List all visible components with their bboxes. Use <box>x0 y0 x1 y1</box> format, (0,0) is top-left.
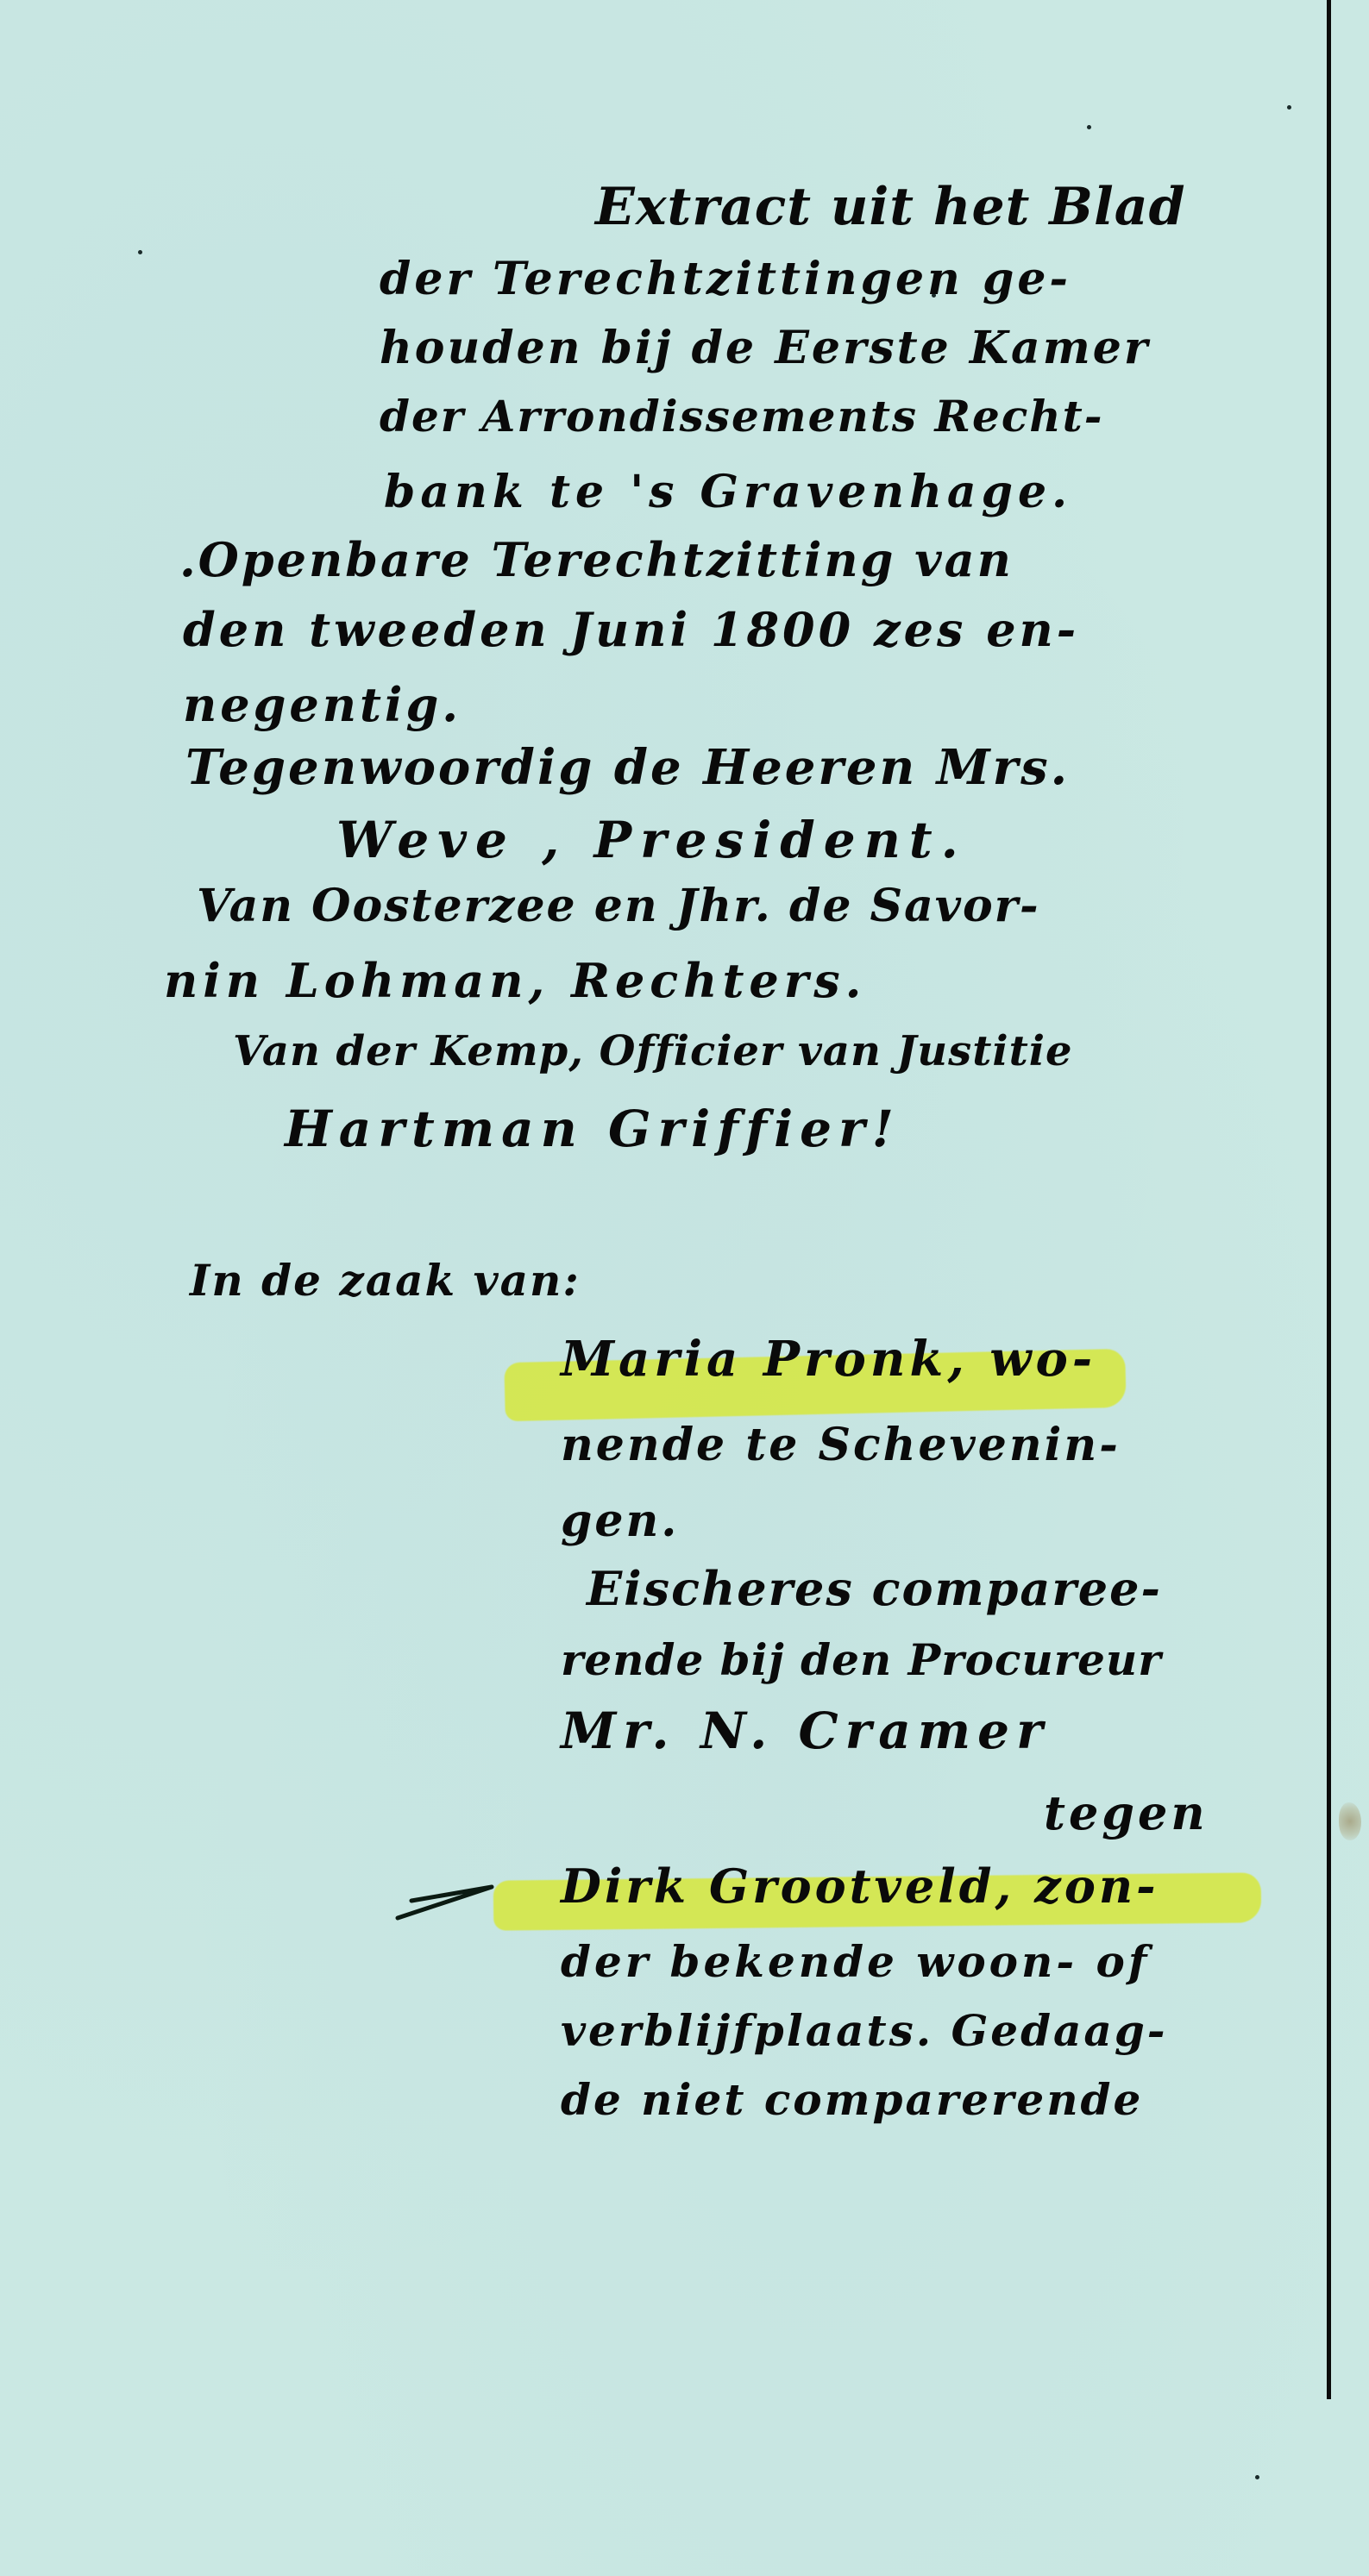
plaintiff-line-6: Mr. N. Cramer <box>561 1706 1050 1756</box>
present-line-4: nin Lohman, Rechters. <box>164 957 866 1004</box>
ink-speck <box>1087 125 1091 129</box>
session-line-1: .Openbare Terechtzitting van <box>179 536 1014 583</box>
ink-speck <box>138 250 142 254</box>
heading-line-3: houden bij de Eerste Kamer <box>380 326 1150 371</box>
plaintiff-line-5: rende bij den Procureur <box>561 1639 1162 1682</box>
heading-line-5: bank te 's Gravenhage. <box>384 470 1072 515</box>
session-line-3: negentig. <box>183 681 462 728</box>
plaintiff-line-1: Maria Pronk, wo- <box>561 1335 1096 1383</box>
paper-stain <box>1339 1802 1361 1840</box>
defendant-line-3: verblijfplaats. Gedaag- <box>561 2009 1168 2053</box>
margin-arrow-icon <box>392 1880 496 1923</box>
present-line-3: Van Oosterzee en Jhr. de Savor- <box>197 884 1040 929</box>
present-line-2: Weve , President. <box>336 815 967 865</box>
versus-label: tegen <box>1044 1789 1209 1836</box>
right-margin-rule <box>1327 0 1331 2399</box>
present-line-1: Tegenwoordig de Heeren Mrs. <box>185 743 1070 792</box>
document-page: Extract uit het Blad der Terechtzittinge… <box>0 0 1369 2576</box>
defendant-line-1: Dirk Grootveld, zon- <box>561 1863 1159 1909</box>
defendant-line-4: de niet comparerende <box>561 2078 1143 2122</box>
plaintiff-line-4: Eischeres comparee- <box>587 1565 1162 1612</box>
heading-line-4: der Arrondissements Recht- <box>380 395 1104 438</box>
plaintiff-line-2: nende te Schevenin- <box>561 1423 1121 1468</box>
heading-line-2: der Terechtzittingen ge- <box>380 257 1071 302</box>
present-line-6: Hartman Griffier! <box>285 1104 901 1154</box>
heading-line-1: Extract uit het Blad <box>595 181 1186 233</box>
defendant-line-2: der bekende woon- of <box>561 1940 1150 1984</box>
case-intro: In de zaak van: <box>190 1259 581 1302</box>
plaintiff-line-3: gen. <box>561 1499 679 1544</box>
ink-speck <box>1255 2475 1259 2479</box>
ink-speck <box>1287 105 1291 110</box>
session-line-2: den tweeden Juni 1800 zes en- <box>183 606 1079 653</box>
present-line-5: Van der Kemp, Officier van Justitie <box>233 1031 1073 1072</box>
